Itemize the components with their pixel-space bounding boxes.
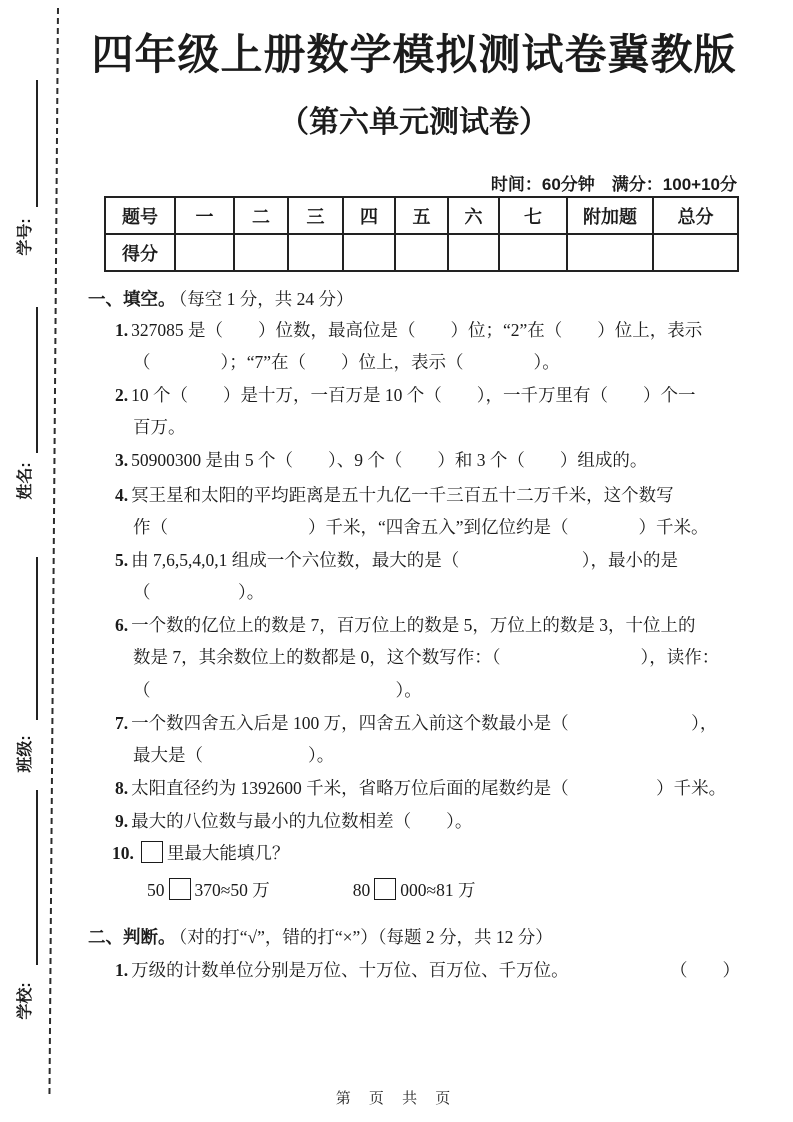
fill-box <box>374 878 396 900</box>
question-number: 3. <box>115 450 128 470</box>
q10-expressions: 50370≈50 万80000≈81 万 <box>147 878 475 902</box>
sidebar-blank-line <box>36 790 38 965</box>
question-number: 1. <box>115 320 128 340</box>
question-number: 二、判断。 <box>88 927 176 947</box>
page-footer: 第 页 共 页 <box>0 1087 793 1108</box>
score-cell <box>175 234 234 271</box>
q2-line1: 2.10 个（ ）是十万，一百万是 10 个（ ），一千万里有（ ）个一 <box>115 383 696 407</box>
score-table-header-cell: 六 <box>448 197 499 234</box>
q6-line2: 数是 7，其余数位上的数都是 0，这个数写作：（ ），读作： <box>133 645 719 669</box>
score-table-header-cell: 附加题 <box>567 197 653 234</box>
question-number: 5. <box>115 550 128 570</box>
question-number: 6. <box>115 615 128 635</box>
score-table-header-cell: 总分 <box>653 197 738 234</box>
question-number: 4. <box>115 485 128 505</box>
score-cell <box>567 234 653 271</box>
q2-line2: 百万。 <box>133 415 186 439</box>
question-number: 9. <box>115 811 128 831</box>
question-number: 2. <box>115 385 128 405</box>
exam-meta: 时间：60分钟 满分：100+10分 <box>491 170 737 195</box>
sidebar-field-label: 学号: <box>15 207 37 267</box>
q6-line1: 6.一个数的亿位上的数是 7，百万位上的数是 5，万位上的数是 3，十位上的 <box>115 613 696 637</box>
score-table-header-cell: 五 <box>395 197 448 234</box>
q1-line2: （ ）；“7”在（ ）位上，表示（ ）。 <box>133 350 560 374</box>
q8-line1: 8.太阳直径约为 1392600 千米，省略万位后面的尾数约是（ ）千米。 <box>115 776 726 800</box>
score-row-label: 得分 <box>105 234 175 271</box>
answer-parens: （ ） <box>670 958 740 982</box>
q9-line1: 9.最大的八位数与最小的九位数相差（ ）。 <box>115 809 472 833</box>
paper-title: 四年级上册数学模拟测试卷冀教版 <box>84 22 744 82</box>
score-cell <box>653 234 738 271</box>
q5-line2: （ ）。 <box>133 580 264 604</box>
score-cell <box>499 234 567 271</box>
q4-line1: 4.冥王星和太阳的平均距离是五十九亿一千三百五十二万千米，这个数写 <box>115 483 674 507</box>
expression-1: 50370≈50 万 <box>147 878 270 902</box>
score-table-header-cell: 一 <box>175 197 234 234</box>
score-cell <box>288 234 343 271</box>
score-table-header-cell: 二 <box>234 197 288 234</box>
score-table: 题号一二三四五六七附加题总分 得分 <box>104 196 739 272</box>
score-table-score-row: 得分 <box>105 234 738 271</box>
section-1-header: 一、填空。（每空 1 分，共 24 分） <box>88 287 354 311</box>
sidebar-blank-line <box>36 557 38 720</box>
sidebar-blank-line <box>36 80 38 207</box>
expression-2: 80000≈81 万 <box>353 878 476 902</box>
q10-line1: 10.里最大能填几？ <box>112 841 289 865</box>
score-table-header-row: 题号一二三四五六七附加题总分 <box>105 197 738 234</box>
question-number: 10. <box>112 843 134 863</box>
sidebar-field-label: 学校: <box>15 971 37 1031</box>
question-number: 8. <box>115 778 128 798</box>
score-table-header-cell: 题号 <box>105 197 175 234</box>
question-number: 一、填空。 <box>88 289 176 309</box>
paper-subtitle: （第六单元测试卷） <box>84 97 744 141</box>
q4-line2: 作（ ）千米，“四舍五入”到亿位约是（ ）千米。 <box>133 515 709 539</box>
q5-line1: 5.由 7,6,5,4,0,1 组成一个六位数，最大的是（ ），最小的是 <box>115 548 678 572</box>
q6-line3: （ ）。 <box>133 678 422 702</box>
question-number: 7. <box>115 713 128 733</box>
q7-line1: 7.一个数四舍五入后是 100 万，四舍五入前这个数最小是（ ）， <box>115 711 717 735</box>
score-table-header-cell: 四 <box>343 197 395 234</box>
score-cell <box>448 234 499 271</box>
sidebar-field-label: 班级: <box>15 724 37 784</box>
question-number: 1. <box>115 960 128 980</box>
q1-line1: 1.327085 是（ ）位数，最高位是（ ）位；“2”在（ ）位上，表示 <box>115 318 702 342</box>
fill-box <box>169 878 191 900</box>
section-2-header: 二、判断。（对的打“√”，错的打“×”）（每题 2 分，共 12 分） <box>88 925 553 949</box>
q3-line1: 3.50900300 是由 5 个（ ）、9 个（ ）和 3 个（ ）组成的。 <box>115 448 647 472</box>
q7-line2: 最大是（ ）。 <box>133 743 334 767</box>
score-table-header-cell: 三 <box>288 197 343 234</box>
s2-q1-line1: 1.万级的计数单位分别是万位、十万位、百万位、千万位。（ ） <box>115 958 740 982</box>
fill-box <box>141 841 163 863</box>
score-cell <box>343 234 395 271</box>
score-cell <box>395 234 448 271</box>
binding-fold-line <box>48 8 59 1094</box>
sidebar-field-label: 姓名: <box>15 451 37 511</box>
scanned-test-paper: { "page": { "title": "四年级上册数学模拟测试卷冀教版", … <box>0 0 793 1122</box>
score-cell <box>234 234 288 271</box>
score-table-header-cell: 七 <box>499 197 567 234</box>
sidebar-blank-line <box>36 307 38 453</box>
